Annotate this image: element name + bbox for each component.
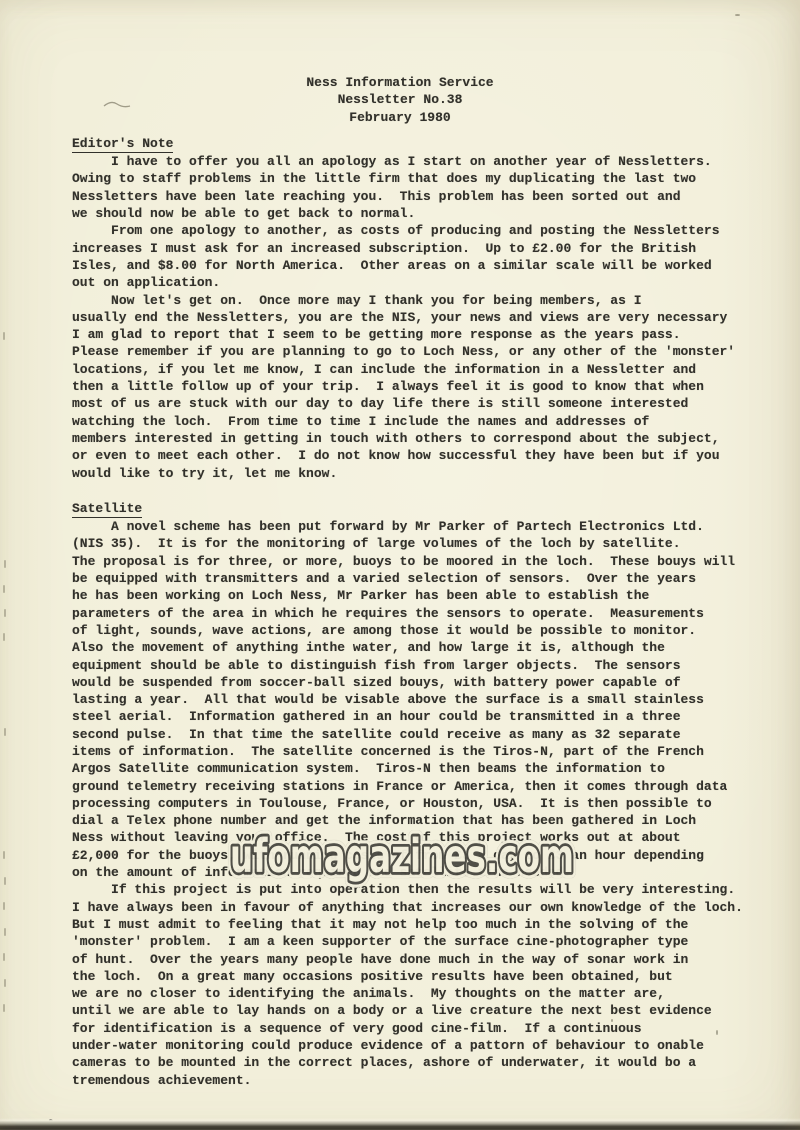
- editors-note-paragraph-2: From one apology to another, as costs of…: [72, 222, 762, 291]
- scan-tick: [3, 953, 5, 961]
- scan-tick: [3, 1004, 5, 1012]
- editors-note-paragraph-1: I have to offer you all an apology as I …: [72, 153, 762, 222]
- satellite-heading: Satellite: [72, 500, 142, 518]
- page-content: Ness Information Service Nessletter No.3…: [72, 74, 762, 1089]
- scan-tick: [3, 851, 5, 859]
- scan-tick: [3, 633, 5, 641]
- scan-tick: [4, 928, 6, 936]
- scan-tick: [4, 560, 6, 568]
- watermark: ufomagazines.com ufomagazines.com: [220, 822, 584, 894]
- scan-speck: [735, 14, 740, 16]
- scan-tick: [4, 609, 6, 617]
- scanned-page: Ness Information Service Nessletter No.3…: [0, 0, 800, 1130]
- doc-date: February 1980: [72, 109, 728, 126]
- editors-note-heading: Editor's Note: [72, 135, 173, 153]
- scan-tick: [4, 877, 6, 885]
- editors-note-paragraph-3: Now let's get on. Once more may I thank …: [72, 292, 762, 482]
- doc-issue: Nessletter No.38: [72, 91, 728, 108]
- scan-speck: [716, 1030, 718, 1035]
- satellite-heading-row: Satellite: [72, 500, 762, 518]
- pencil-squiggle-artifact: [103, 99, 133, 111]
- editors-note-heading-row: Editor's Note: [72, 135, 762, 153]
- scanner-bottom-edge: [0, 1118, 800, 1130]
- scan-tick: [4, 979, 6, 987]
- watermark-text: ufomagazines.com: [230, 829, 574, 883]
- scan-tick: [3, 902, 5, 910]
- satellite-paragraph-2: If this project is put into operation th…: [72, 881, 762, 1089]
- scan-tick: [3, 332, 5, 340]
- doc-organization: Ness Information Service: [72, 74, 728, 91]
- doc-header: Ness Information Service Nessletter No.3…: [72, 74, 728, 126]
- scan-tick: [3, 585, 5, 593]
- scan-speck: [611, 1019, 613, 1022]
- scan-tick: [4, 728, 6, 736]
